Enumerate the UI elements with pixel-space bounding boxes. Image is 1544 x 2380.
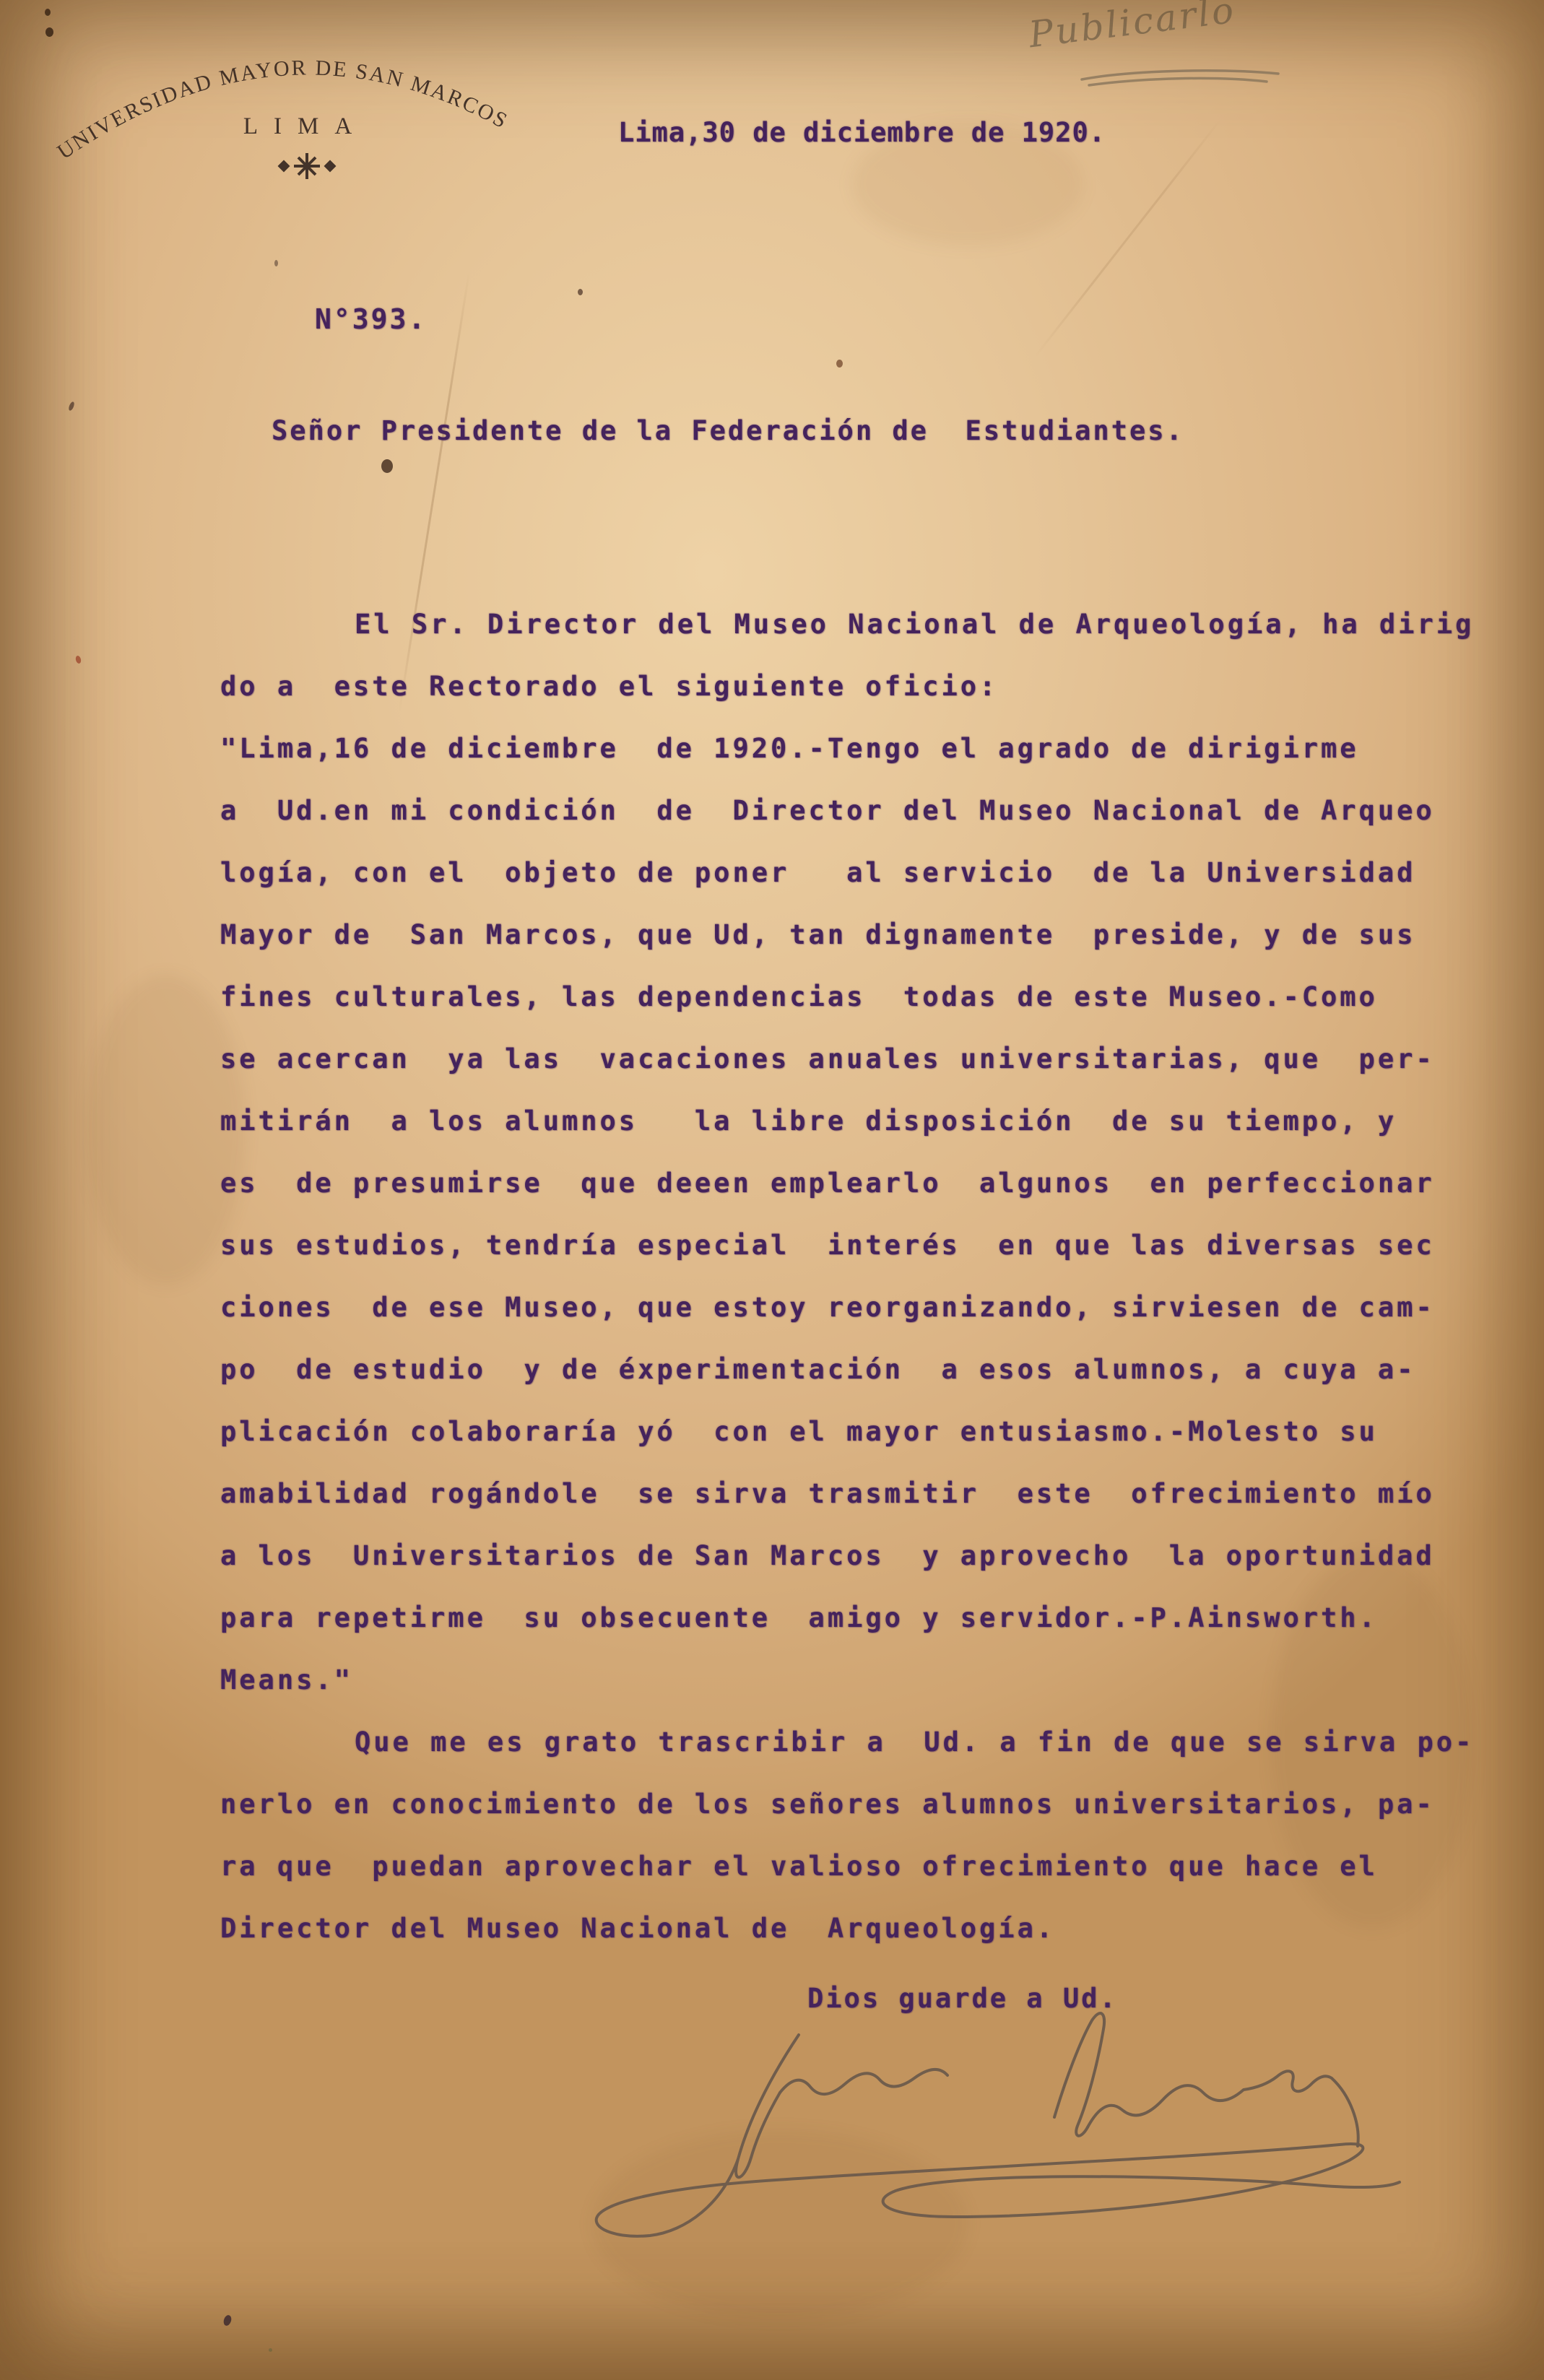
paper-speck bbox=[381, 459, 393, 473]
paper-speck bbox=[222, 2314, 233, 2327]
scanned-letter-page: UNIVERSIDAD MAYOR DE SAN MARCOS LIMA Pub… bbox=[0, 0, 1544, 2380]
letter-line: mitirán a los alumnos la libre disposici… bbox=[220, 1090, 1513, 1152]
letterhead-institution: UNIVERSIDAD MAYOR DE SAN MARCOS bbox=[53, 56, 512, 164]
paper-speck bbox=[274, 260, 278, 266]
letter-line: po de estudio y de éxperimentación a eso… bbox=[220, 1339, 1513, 1401]
pencil-underline-icon bbox=[1077, 64, 1287, 95]
letter-line: amabilidad rogándole se sirva trasmitir … bbox=[220, 1463, 1513, 1525]
letter-line: "Lima,16 de diciembre de 1920.-Tengo el … bbox=[220, 718, 1513, 780]
letter-line: nerlo en conocimiento de los señores alu… bbox=[220, 1773, 1513, 1836]
letter-line: plicación colaboraría yó con el mayor en… bbox=[220, 1401, 1513, 1463]
letter-line: Que me es grato trascribir a Ud. a fin d… bbox=[220, 1711, 1513, 1773]
letterhead-city: LIMA bbox=[243, 113, 368, 139]
document-number: N°393. bbox=[315, 303, 427, 335]
letter-line: es de presumirse que deeen emplearlo alg… bbox=[220, 1152, 1513, 1215]
letter-line: para repetirme su obsecuente amigo y ser… bbox=[220, 1587, 1513, 1649]
paper-speck bbox=[836, 360, 843, 368]
letter-line: ciones de ese Museo, que estoy reorganiz… bbox=[220, 1277, 1513, 1339]
pencil-annotation: Publicarlo bbox=[1027, 0, 1239, 56]
letter-line: a los Universitarios de San Marcos y apr… bbox=[220, 1525, 1513, 1587]
letter-line: a Ud.en mi condición de Director del Mus… bbox=[220, 780, 1513, 842]
date-line: Lima,30 de diciembre de 1920. bbox=[618, 117, 1106, 148]
letterhead-ornament-icon bbox=[278, 153, 337, 179]
letter-line: fines culturales, las dependencias todas… bbox=[220, 966, 1513, 1028]
letter-line: se acercan ya las vacaciones anuales uni… bbox=[220, 1028, 1513, 1090]
letter-line: logía, con el objeto de poner al servici… bbox=[220, 842, 1513, 904]
letter-line: Mayor de San Marcos, que Ud, tan digname… bbox=[220, 904, 1513, 966]
letter-body: El Sr. Director del Museo Nacional de Ar… bbox=[220, 594, 1513, 1960]
paper-speck bbox=[269, 2348, 272, 2352]
letter-line: sus estudios, tendría especial interés e… bbox=[220, 1215, 1513, 1277]
letter-line: Means." bbox=[220, 1649, 1513, 1711]
paper-speck bbox=[578, 289, 583, 295]
ink-mark bbox=[45, 9, 51, 16]
signature-handwriting bbox=[549, 2009, 1415, 2254]
letter-line: El Sr. Director del Museo Nacional de Ar… bbox=[220, 594, 1513, 656]
letter-line: do a este Rectorado el siguiente oficio: bbox=[220, 656, 1513, 718]
letter-line: ra que puedan aprovechar el valioso ofre… bbox=[220, 1836, 1513, 1898]
letterhead: UNIVERSIDAD MAYOR DE SAN MARCOS LIMA bbox=[40, 18, 574, 199]
letter-line: Director del Museo Nacional de Arqueolog… bbox=[220, 1898, 1513, 1960]
paper-speck bbox=[75, 655, 82, 664]
salutation: Señor Presidente de la Federación de Est… bbox=[272, 415, 1184, 446]
paper-speck bbox=[68, 401, 75, 411]
